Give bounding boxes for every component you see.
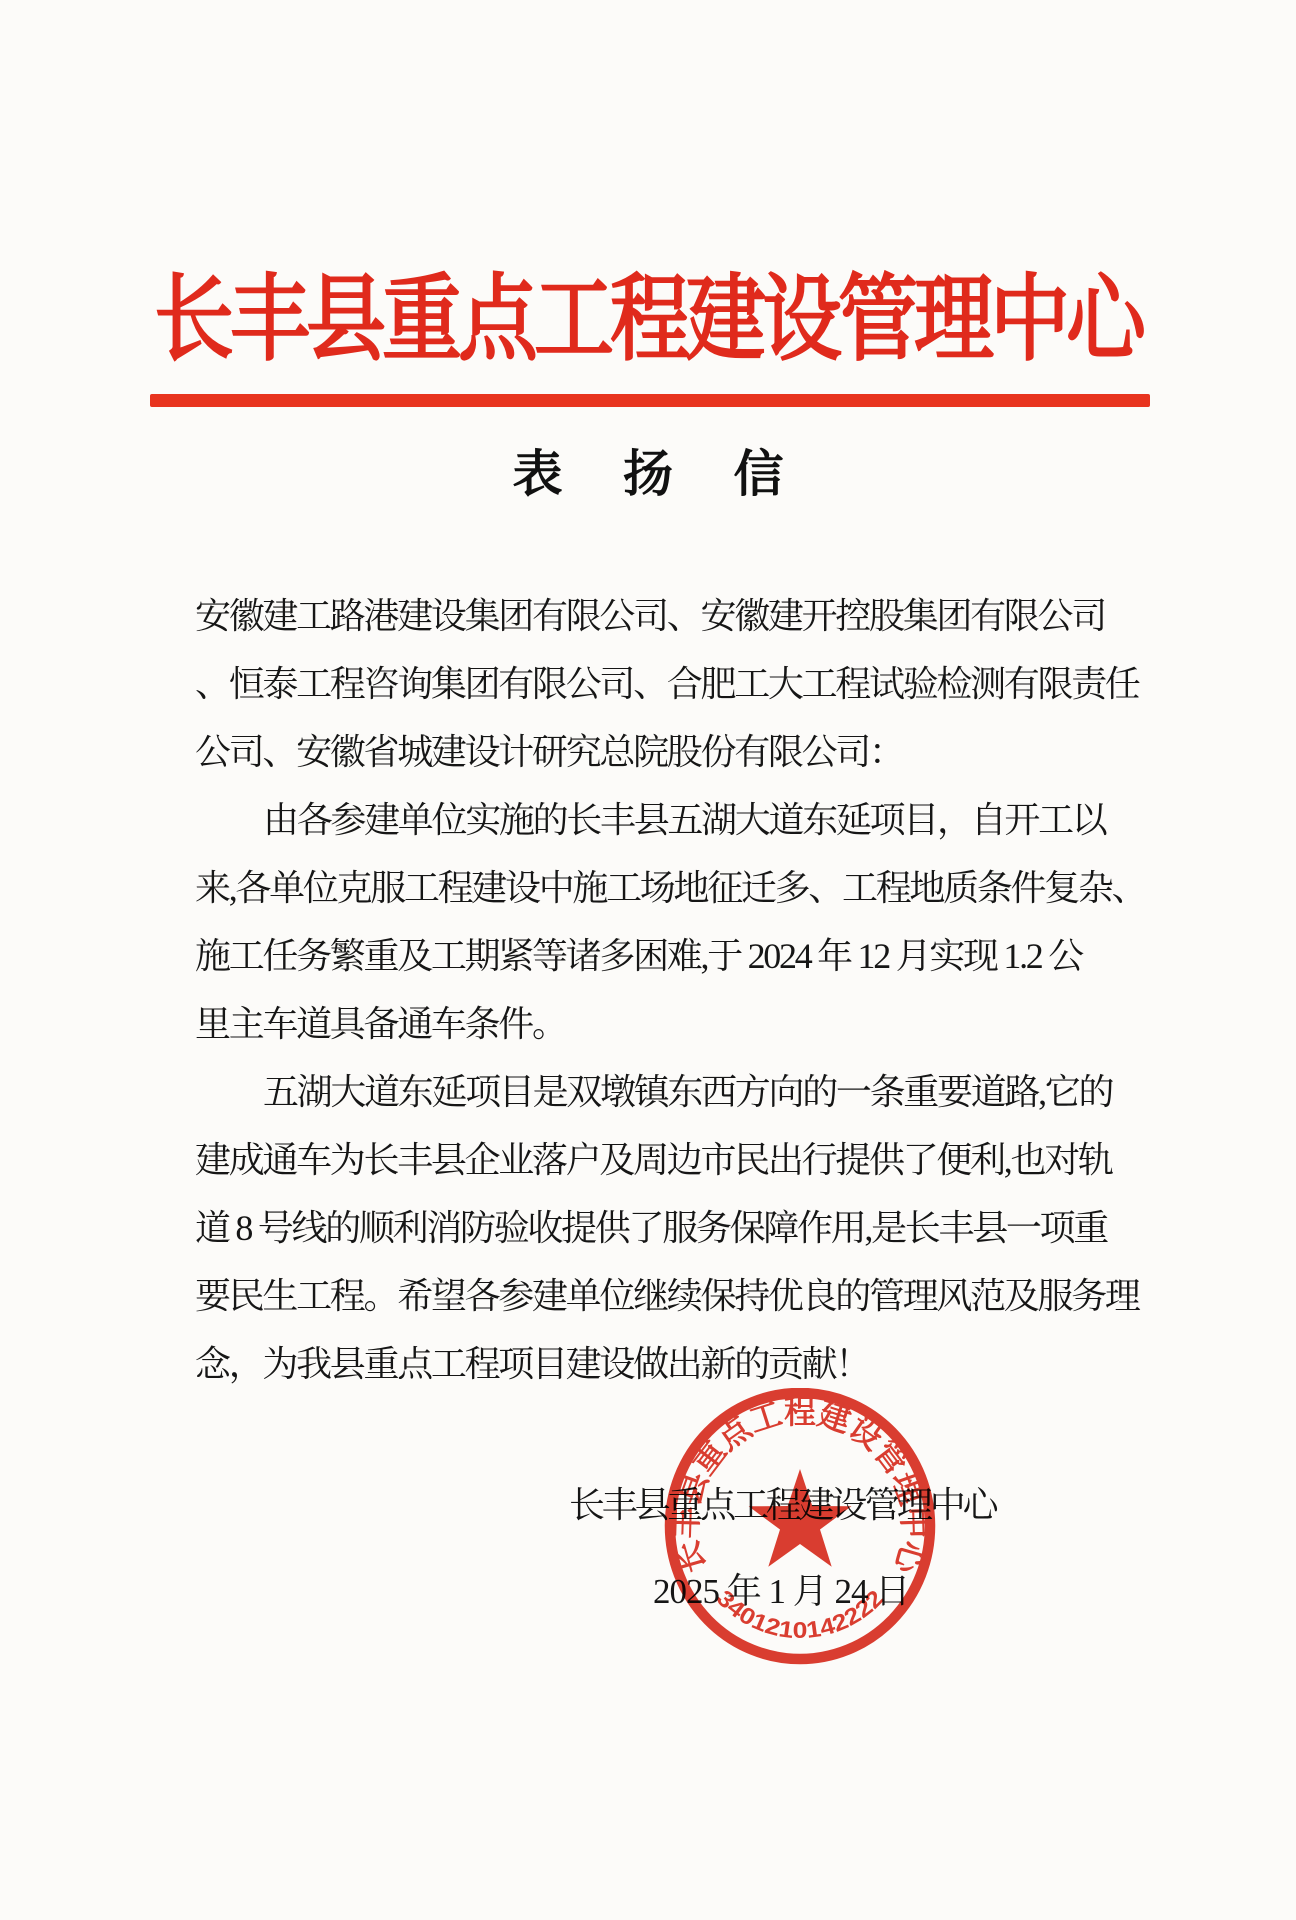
- body-line: 来,各单位克服工程建设中施工场地征迁多、工程地质条件复杂、: [195, 854, 1135, 922]
- letterhead-org-name: 长丰县重点工程建设管理中心: [0, 243, 1296, 379]
- official-seal-stamp: 长丰县重点工程建设管理中心 3401210142222: [660, 1388, 940, 1666]
- body-line: 要民生工程。希望各参建单位继续保持优良的管理风范及服务理: [195, 1262, 1135, 1330]
- body-line: 五湖大道东延项目是双墩镇东西方向的一条重要道路,它的: [195, 1058, 1135, 1126]
- letter-page: 长丰县重点工程建设管理中心 表 扬 信 安徽建工路港建设集团有限公司、安徽建开控…: [0, 0, 1296, 1920]
- body-line: 、恒泰工程咨询集团有限公司、合肥工大工程试验检测有限责任: [195, 650, 1135, 718]
- body-line: 建成通车为长丰县企业落户及周边市民出行提供了便利,也对轨: [195, 1126, 1135, 1194]
- seal-star-icon: [749, 1469, 852, 1567]
- letter-title: 表 扬 信: [0, 434, 1296, 506]
- body-line: 由各参建单位实施的长丰县五湖大道东延项目，自开工以: [195, 786, 1135, 854]
- body-line: 道 8 号线的顺利消防验收提供了服务保障作用,是长丰县一项重: [195, 1194, 1135, 1262]
- body-line: 施工任务繁重及工期紧等诸多困难,于 2024 年 12 月实现 1.2 公: [195, 922, 1135, 990]
- letterhead-divider: [150, 394, 1150, 407]
- body-line: 里主车道具备通车条件。: [195, 990, 1135, 1058]
- body-line: 安徽建工路港建设集团有限公司、安徽建开控股集团有限公司: [195, 582, 1135, 650]
- seal-serial-number: 3401210142222: [712, 1585, 889, 1643]
- body-line: 公司、安徽省城建设计研究总院股份有限公司：: [195, 718, 1135, 786]
- letter-body: 安徽建工路港建设集团有限公司、安徽建开控股集团有限公司、恒泰工程咨询集团有限公司…: [195, 582, 1135, 1398]
